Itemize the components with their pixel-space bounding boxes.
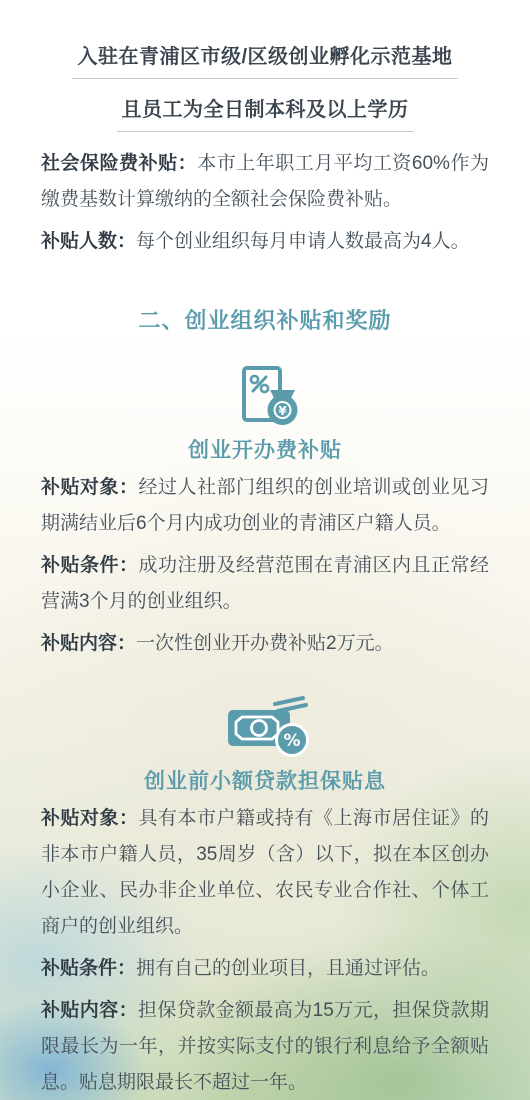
receipt-moneybag-icon: ¥ (222, 365, 308, 427)
intro-item-subsidy-headcount: 补贴人数：每个创业组织每月申请人数最高为4人。 (41, 224, 489, 260)
item-label: 补贴人数： (41, 231, 136, 252)
item-label: 补贴内容： (41, 1000, 138, 1021)
section-title: 二、创业组织补贴和奖励 (0, 304, 530, 335)
block-items: 补贴对象：经过人社部门组织的创业培训或创业见习期满结业后6个月内成功创业的青浦区… (0, 470, 530, 662)
subsidy-item-target: 补贴对象：具有本市户籍或持有《上海市居住证》的非本市户籍人员，35周岁（含）以下… (41, 801, 489, 945)
subsidy-item-condition: 补贴条件：成功注册及经营范围在青浦区内且正常经营满3个月的创业组织。 (41, 548, 489, 620)
item-label: 补贴对象： (41, 808, 139, 829)
item-label: 补贴条件： (41, 958, 136, 979)
block-items: 补贴对象：具有本市户籍或持有《上海市居住证》的非本市户籍人员，35周岁（含）以下… (0, 801, 530, 1100)
intro-item-social-insurance: 社会保险费补贴：本市上年职工月平均工资60%作为缴费基数计算缴纳的全额社会保险费… (41, 146, 489, 218)
item-text: 每个创业组织每月申请人数最高为4人。 (136, 231, 470, 252)
item-text: 一次性创业开办费补贴2万元。 (136, 633, 394, 654)
title-line-1: 入驻在青浦区市级/区级创业孵化示范基地 (0, 40, 530, 79)
icon-wrap: ¥ (0, 365, 530, 432)
title-line-1-text: 入驻在青浦区市级/区级创业孵化示范基地 (72, 40, 457, 79)
subsidy-item-content: 补贴内容：一次性创业开办费补贴2万元。 (41, 626, 489, 662)
subsidy-block-loan-guarantee: % 创业前小额贷款担保贴息 补贴对象：具有本市户籍或持有《上海市居住证》的非本市… (0, 696, 530, 1100)
subsidy-item-content: 补贴内容：担保贷款金额最高为15万元，担保贷款期限最长为一年，并按实际支付的银行… (41, 993, 489, 1100)
item-text: 拥有自己的创业项目，且通过评估。 (136, 958, 440, 979)
page: 入驻在青浦区市级/区级创业孵化示范基地 且员工为全日制本科及以上学历 社会保险费… (0, 0, 530, 1100)
page-title: 入驻在青浦区市级/区级创业孵化示范基地 且员工为全日制本科及以上学历 (0, 40, 530, 132)
svg-text:¥: ¥ (278, 404, 287, 418)
subsidy-block-startup-cost: ¥ 创业开办费补贴 补贴对象：经过人社部门组织的创业培训或创业见习期满结业后6个… (0, 365, 530, 662)
item-label: 补贴内容： (41, 633, 136, 654)
item-label: 补贴对象： (41, 477, 139, 498)
title-line-2: 且员工为全日制本科及以上学历 (0, 93, 530, 132)
content: 入驻在青浦区市级/区级创业孵化示范基地 且员工为全日制本科及以上学历 社会保险费… (0, 0, 530, 1100)
item-label: 补贴条件： (41, 555, 139, 576)
block-heading: 创业前小额贷款担保贴息 (0, 765, 530, 795)
icon-wrap: % (0, 696, 530, 763)
subsidy-item-target: 补贴对象：经过人社部门组织的创业培训或创业见习期满结业后6个月内成功创业的青浦区… (41, 470, 489, 542)
title-line-2-text: 且员工为全日制本科及以上学历 (117, 93, 414, 132)
banknote-percent-icon: % (215, 696, 315, 758)
subsidy-item-condition: 补贴条件：拥有自己的创业项目，且通过评估。 (41, 951, 489, 987)
item-label: 社会保险费补贴： (41, 153, 197, 174)
svg-text:%: % (283, 731, 300, 751)
block-heading: 创业开办费补贴 (0, 434, 530, 464)
